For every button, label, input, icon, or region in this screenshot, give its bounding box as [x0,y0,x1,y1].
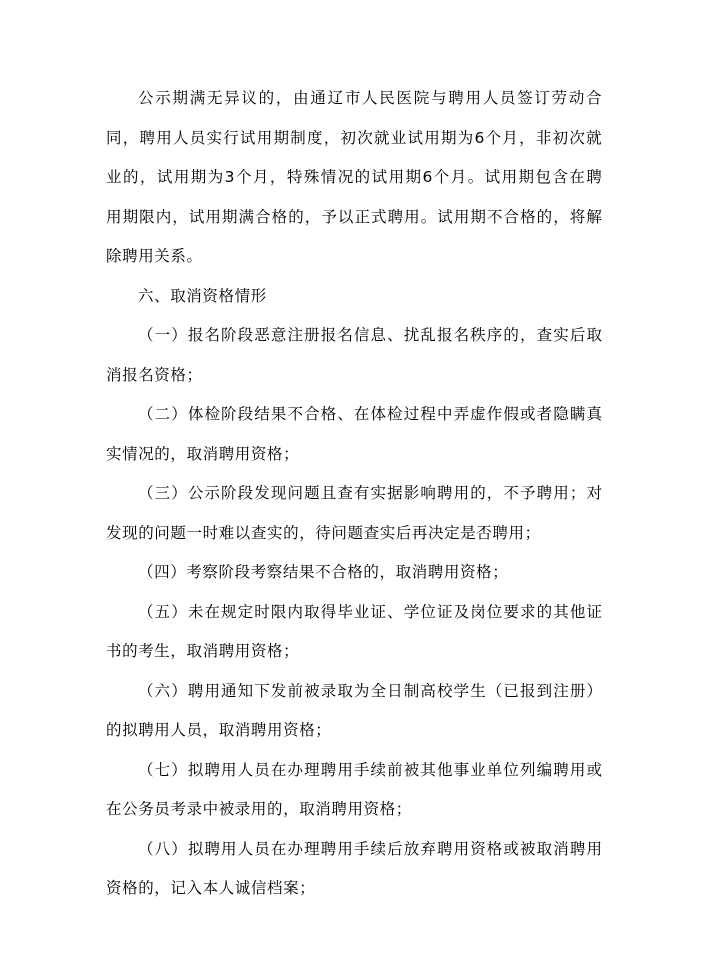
text-line: （三）公示阶段发现问题且查有实据影响聘用的，不予聘用；对 [106,479,602,519]
text-line: （二）体检阶段结果不合格、在体检过程中弄虚作假或者隐瞒真 [106,400,602,440]
text-line: 资格的，记入本人诚信档案； [106,874,602,914]
list-item-5: （五）未在规定时限内取得毕业证、学位证及岗位要求的其他证 书的考生，取消聘用资格… [106,598,602,677]
text-line: （五）未在规定时限内取得毕业证、学位证及岗位要求的其他证 [106,598,602,638]
text-line: （七）拟聘用人员在办理聘用手续前被其他事业单位列编聘用或 [106,756,602,796]
text-line: 业的，试用期为3个月，特殊情况的试用期6个月。试用期包含在聘 [106,163,602,203]
text-line: 除聘用关系。 [106,242,602,282]
list-item-4: （四）考察阶段考察结果不合格的，取消聘用资格； [106,558,602,598]
text-line: （四）考察阶段考察结果不合格的，取消聘用资格； [106,558,602,598]
text-line: 消报名资格； [106,361,602,401]
text-line: 的拟聘用人员，取消聘用资格； [106,716,602,756]
text-line: 用期限内，试用期满合格的，予以正式聘用。试用期不合格的，将解 [106,203,602,243]
text-line: （八）拟聘用人员在办理聘用手续后放弃聘用资格或被取消聘用 [106,835,602,875]
heading-cancel-qualification: 六、取消资格情形 [106,282,602,322]
document-body: 公示期满无异议的，由通辽市人民医院与聘用人员签订劳动合 同，聘用人员实行试用期制… [106,84,602,914]
list-item-7: （七）拟聘用人员在办理聘用手续前被其他事业单位列编聘用或 在公务员考录中被录用的… [106,756,602,835]
text-line: （六）聘用通知下发前被录取为全日制高校学生（已报到注册） [106,677,602,717]
text-line: 实情况的，取消聘用资格； [106,440,602,480]
list-item-8: （八）拟聘用人员在办理聘用手续后放弃聘用资格或被取消聘用 资格的，记入本人诚信档… [106,835,602,914]
document-page: 公示期满无异议的，由通辽市人民医院与聘用人员签订劳动合 同，聘用人员实行试用期制… [0,0,702,969]
list-item-2: （二）体检阶段结果不合格、在体检过程中弄虚作假或者隐瞒真 实情况的，取消聘用资格… [106,400,602,479]
text-line: 在公务员考录中被录用的，取消聘用资格； [106,795,602,835]
section-heading: 六、取消资格情形 [106,282,602,322]
text-line: 同，聘用人员实行试用期制度，初次就业试用期为6个月，非初次就 [106,124,602,164]
list-item-3: （三）公示阶段发现问题且查有实据影响聘用的，不予聘用；对 发现的问题一时难以查实… [106,479,602,558]
text-line: 发现的问题一时难以查实的，待问题查实后再决定是否聘用； [106,519,602,559]
text-line: 书的考生，取消聘用资格； [106,637,602,677]
paragraph-probation: 公示期满无异议的，由通辽市人民医院与聘用人员签订劳动合 同，聘用人员实行试用期制… [106,84,602,282]
text-line: 公示期满无异议的，由通辽市人民医院与聘用人员签订劳动合 [106,84,602,124]
list-item-6: （六）聘用通知下发前被录取为全日制高校学生（已报到注册） 的拟聘用人员，取消聘用… [106,677,602,756]
list-item-1: （一）报名阶段恶意注册报名信息、扰乱报名秩序的，查实后取 消报名资格； [106,321,602,400]
text-line: （一）报名阶段恶意注册报名信息、扰乱报名秩序的，查实后取 [106,321,602,361]
